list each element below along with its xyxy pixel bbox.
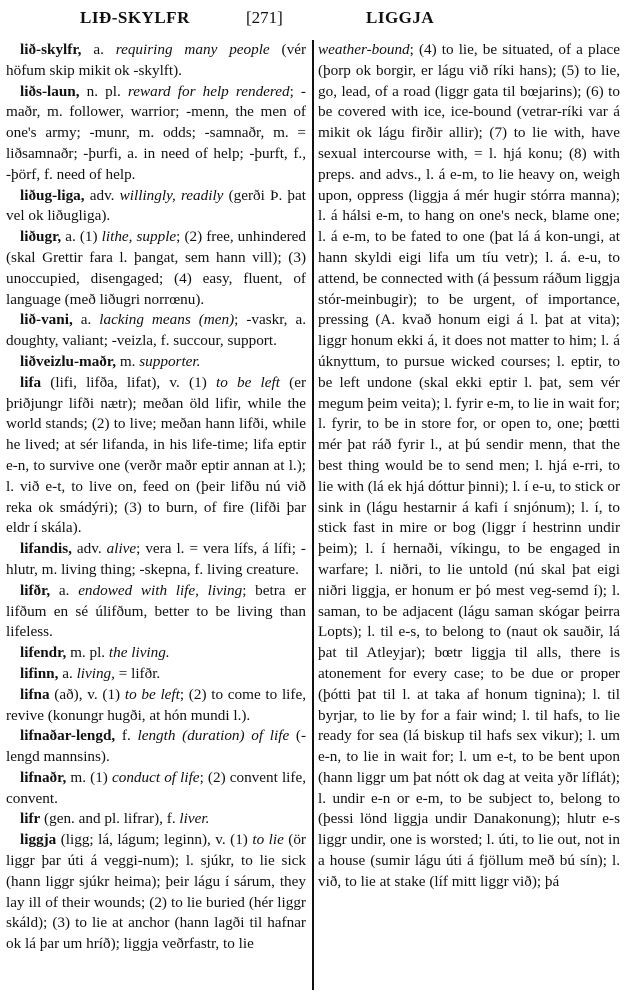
entry-gloss: length (duration) of life	[137, 727, 289, 744]
dictionary-entry: lifnaðar-lengd, f. length (duration) of …	[6, 726, 306, 768]
entry-grammar: m. (1)	[66, 769, 112, 786]
entry-grammar: adv.	[72, 540, 107, 557]
headword: lifr	[20, 810, 40, 827]
entry-grammar: a.	[81, 41, 115, 58]
entry-grammar: m.	[116, 353, 139, 370]
entry-gloss: lithe, supple	[102, 228, 177, 245]
headword: liðveizlu-maðr,	[20, 353, 116, 370]
headword: lifinn,	[20, 665, 58, 682]
right-column: weather-bound; (4) to lie, be situated, …	[318, 40, 620, 893]
entry-body: (ör liggr þar úti á veggi-num); l. sjúkr…	[6, 831, 306, 952]
left-column: lið-skylfr, a. requiring many people (vé…	[6, 40, 306, 955]
entry-gloss: supporter.	[139, 353, 200, 370]
headword: lifðr,	[20, 582, 50, 599]
dictionary-entry: liðug-liga, adv. willingly, readily (ger…	[6, 186, 306, 228]
entry-grammar: adv.	[85, 187, 120, 204]
left-guide-word: LIÐ-SKYLFR	[80, 8, 190, 28]
dictionary-entry: lifa (lifi, lifða, lifat), v. (1) to be …	[6, 373, 306, 539]
headword: lið-vani,	[20, 311, 73, 328]
entry-gloss: to lie	[252, 831, 283, 848]
dictionary-entry: lifandis, adv. alive; vera l. = vera líf…	[6, 539, 306, 581]
entry-grammar: n. pl.	[80, 83, 128, 100]
dictionary-entry: lifðr, a. endowed with life, living; bet…	[6, 581, 306, 643]
dictionary-entry: liðveizlu-maðr, m. supporter.	[6, 352, 306, 373]
dictionary-entry: lifna (að), v. (1) to be left; (2) to co…	[6, 685, 306, 727]
right-guide-word: LIGGJA	[366, 8, 434, 28]
headword: lifandis,	[20, 540, 72, 557]
dictionary-entry: liggja (ligg; lá, lágum; leginn), v. (1)…	[6, 830, 306, 955]
entry-grammar: a.	[50, 582, 78, 599]
entry-gloss: reward for help rendered	[128, 83, 290, 100]
entry-grammar: (lifi, lifða, lifat), v. (1)	[41, 374, 216, 391]
headword: lifnaðr,	[20, 769, 66, 786]
entry-grammar: m. pl.	[66, 644, 109, 661]
entry-gloss: requiring many people	[116, 41, 270, 58]
page-number: [271]	[246, 8, 283, 28]
entry-gloss: endowed with life, living	[78, 582, 242, 599]
entry-grammar: a.	[58, 665, 76, 682]
headword: liðugr,	[20, 228, 61, 245]
headword: lifendr,	[20, 644, 66, 661]
dictionary-entry: liðugr, a. (1) lithe, supple; (2) free, …	[6, 227, 306, 310]
entry-grammar: (ligg; lá, lágum; leginn), v. (1)	[56, 831, 252, 848]
entry-gloss: the living.	[109, 644, 170, 661]
dictionary-entry: lifendr, m. pl. the living.	[6, 643, 306, 664]
headword: liðs-laun,	[20, 83, 80, 100]
entry-gloss: to be left	[125, 686, 180, 703]
dictionary-entry: liðs-laun, n. pl. reward for help render…	[6, 82, 306, 186]
entry-grammar: a. (1)	[61, 228, 101, 245]
entry-gloss: lacking means (men)	[99, 311, 234, 328]
headword: lið-skylfr,	[20, 41, 81, 58]
entry-body: (er þriðjungr lifði nætr); meðan öld lif…	[6, 374, 306, 537]
entry-gloss: conduct of life	[112, 769, 200, 786]
entry-grammar: (að), v. (1)	[50, 686, 125, 703]
entry-grammar: a.	[73, 311, 100, 328]
column-divider	[312, 40, 314, 990]
dictionary-entry: lifnaðr, m. (1) conduct of life; (2) con…	[6, 768, 306, 810]
dictionary-entry: weather-bound; (4) to lie, be situated, …	[318, 40, 620, 893]
entry-body: ; (4) to lie, be situated, of a place (þ…	[318, 41, 620, 890]
entry-gloss: weather-bound	[318, 41, 410, 58]
entry-grammar: f.	[115, 727, 137, 744]
headword: liggja	[20, 831, 56, 848]
entry-body: = lifðr.	[115, 665, 160, 682]
entry-gloss: to be left	[216, 374, 280, 391]
dictionary-entry: lifr (gen. and pl. lifrar), f. liver.	[6, 809, 306, 830]
dictionary-entry: lifinn, a. living, = lifðr.	[6, 664, 306, 685]
headword: lifna	[20, 686, 50, 703]
entry-gloss: alive	[107, 540, 137, 557]
page-header: LIÐ-SKYLFR [271] LIGGJA	[0, 8, 625, 30]
entry-gloss: living,	[77, 665, 115, 682]
headword: liðug-liga,	[20, 187, 85, 204]
headword: lifa	[20, 374, 41, 391]
entry-grammar: (gen. and pl. lifrar), f.	[40, 810, 179, 827]
dictionary-entry: lið-skylfr, a. requiring many people (vé…	[6, 40, 306, 82]
entry-gloss: liver.	[179, 810, 209, 827]
headword: lifnaðar-lengd,	[20, 727, 115, 744]
dictionary-entry: lið-vani, a. lacking means (men); -vaskr…	[6, 310, 306, 352]
entry-gloss: willingly, readily	[120, 187, 224, 204]
